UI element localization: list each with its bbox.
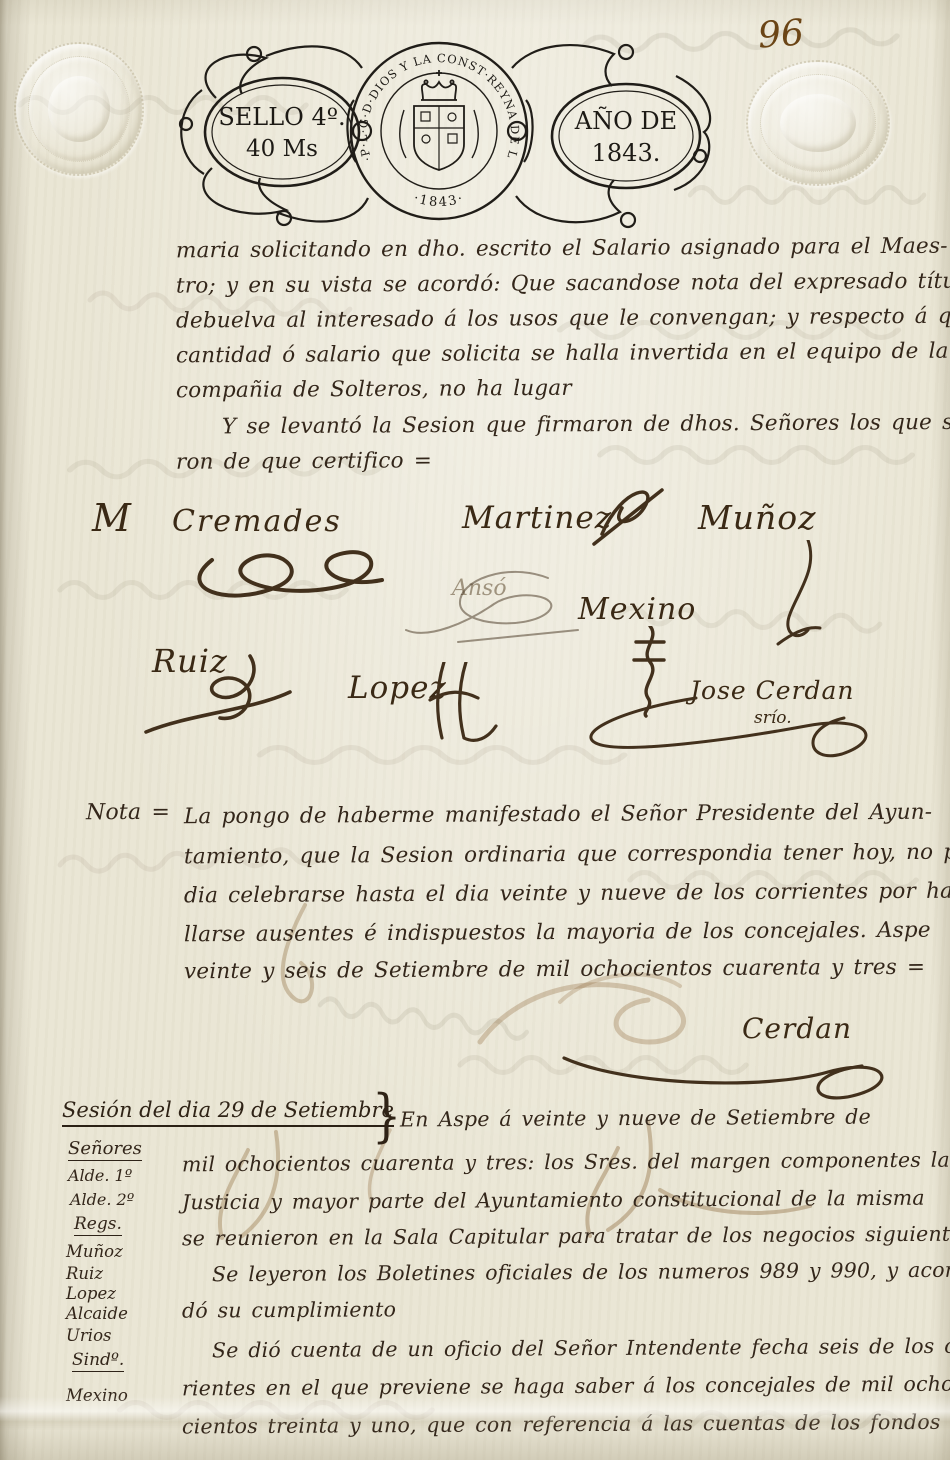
nota-signature-cerdan: Cerdan — [742, 1012, 852, 1045]
manuscript-line: maria solicitando en dho. escrito el Sal… — [176, 234, 948, 264]
page-number: 96 — [757, 12, 806, 56]
stamp-sello-text: SELLO 4º. — [218, 103, 345, 131]
manuscript-line: Se dió cuenta de un oficio del Señor Int… — [212, 1334, 950, 1363]
session-heading-brace: } — [372, 1081, 401, 1149]
stamp-left-oval: SELLO 4º. 40 Ms — [205, 78, 359, 186]
margin-alcalde2: Alde. 2º — [70, 1190, 134, 1209]
session-heading: Sesión del dia 29 de Setiembre — [62, 1098, 394, 1127]
manuscript-line: Y se levantó la Sesion que firmaron de d… — [222, 410, 950, 440]
nota-label: Nota = — [86, 800, 170, 826]
manuscript-line: Se leyeron los Boletines oficiales de lo… — [212, 1258, 950, 1287]
stamp-right-oval: AÑO DE 1843. — [552, 84, 700, 188]
manuscript-line: llarse ausentes é indispuestos la mayori… — [184, 918, 931, 948]
signature-anso: Ansó — [452, 576, 507, 601]
manuscript-line: se reunieron en la Sala Capitular para t… — [182, 1222, 950, 1251]
embossed-seal-left — [14, 42, 144, 176]
margin-regidor: Lopez — [66, 1284, 116, 1303]
manuscript-line: ron de que certifico = — [176, 448, 432, 475]
manuscript-line: compañia de Solteros, no ha lugar — [176, 376, 572, 403]
paper-crease — [0, 1396, 950, 1430]
coat-of-arms-shield — [400, 106, 479, 170]
signature-cremades-rubric — [182, 532, 412, 616]
signature-ruiz: Ruiz — [152, 642, 228, 680]
signature-initial: M — [92, 496, 131, 540]
margin-regidor: Ruiz — [66, 1264, 103, 1283]
embossed-seal-right — [746, 60, 890, 186]
manuscript-line: tamiento, que la Sesion ordinaria que co… — [184, 840, 950, 870]
margin-regidor: Muñoz — [66, 1242, 123, 1261]
signature-lopez: Lopez — [348, 670, 447, 706]
manuscript-line: Justicia y mayor parte del Ayuntamiento … — [182, 1186, 925, 1215]
margin-regidor: Alcaide — [66, 1304, 128, 1323]
manuscript-line: debuelva al interesado á los usos que le… — [176, 303, 950, 333]
stamp-ring-year: ·1843· — [412, 191, 467, 210]
margin-regidor: Urios — [66, 1326, 111, 1345]
tax-stamp: SELLO 4º. 40 Ms AÑO DE 1843. ISAB·2ª·P·L… — [156, 28, 724, 236]
manuscript-line: mil ochocientos cuarenta y tres: los Sre… — [182, 1148, 950, 1177]
manuscript-line: cantidad ó salario que solicita se halla… — [176, 339, 949, 369]
stamp-maravedis-text: 40 Ms — [246, 136, 318, 162]
signature-cremades: Cremades — [172, 504, 342, 539]
signature-munoz-rubric — [768, 540, 832, 652]
signature-munoz: Muñoz — [698, 498, 817, 537]
manuscript-line: La pongo de haberme manifestado el Señor… — [184, 800, 932, 830]
manuscript-line: dó su cumplimiento — [182, 1297, 396, 1322]
signature-cerdan-title: srío. — [754, 708, 792, 728]
signature-martinez: Martinez — [462, 500, 612, 536]
signature-cerdan: Jose Cerdan — [690, 676, 855, 705]
manuscript-line: En Aspe á veinte y nueve de Setiembre de — [400, 1105, 871, 1132]
signature-mexino-rubric — [632, 626, 676, 718]
manuscript-page: 96 SELLO 4º. 40 Ms — [0, 0, 950, 1460]
signature-mexino: Mexino — [578, 592, 696, 627]
margin-regidores-label: Regs. — [74, 1214, 122, 1236]
signature-anso-rubric — [398, 560, 593, 660]
manuscript-line: tro; y en su vista se acordó: Que sacand… — [176, 268, 950, 298]
stamp-ano-de-text: AÑO DE — [574, 105, 677, 135]
margin-alcalde1: Alde. 1º — [68, 1166, 132, 1185]
margin-senores-label: Señores — [68, 1138, 142, 1161]
margin-sindico-label: Sindº. — [72, 1350, 124, 1372]
manuscript-line: veinte y seis de Setiembre de mil ochoci… — [184, 955, 925, 985]
manuscript-line: dia celebrarse hasta el dia veinte y nue… — [184, 879, 950, 909]
stamp-year-text: 1843. — [592, 139, 661, 167]
